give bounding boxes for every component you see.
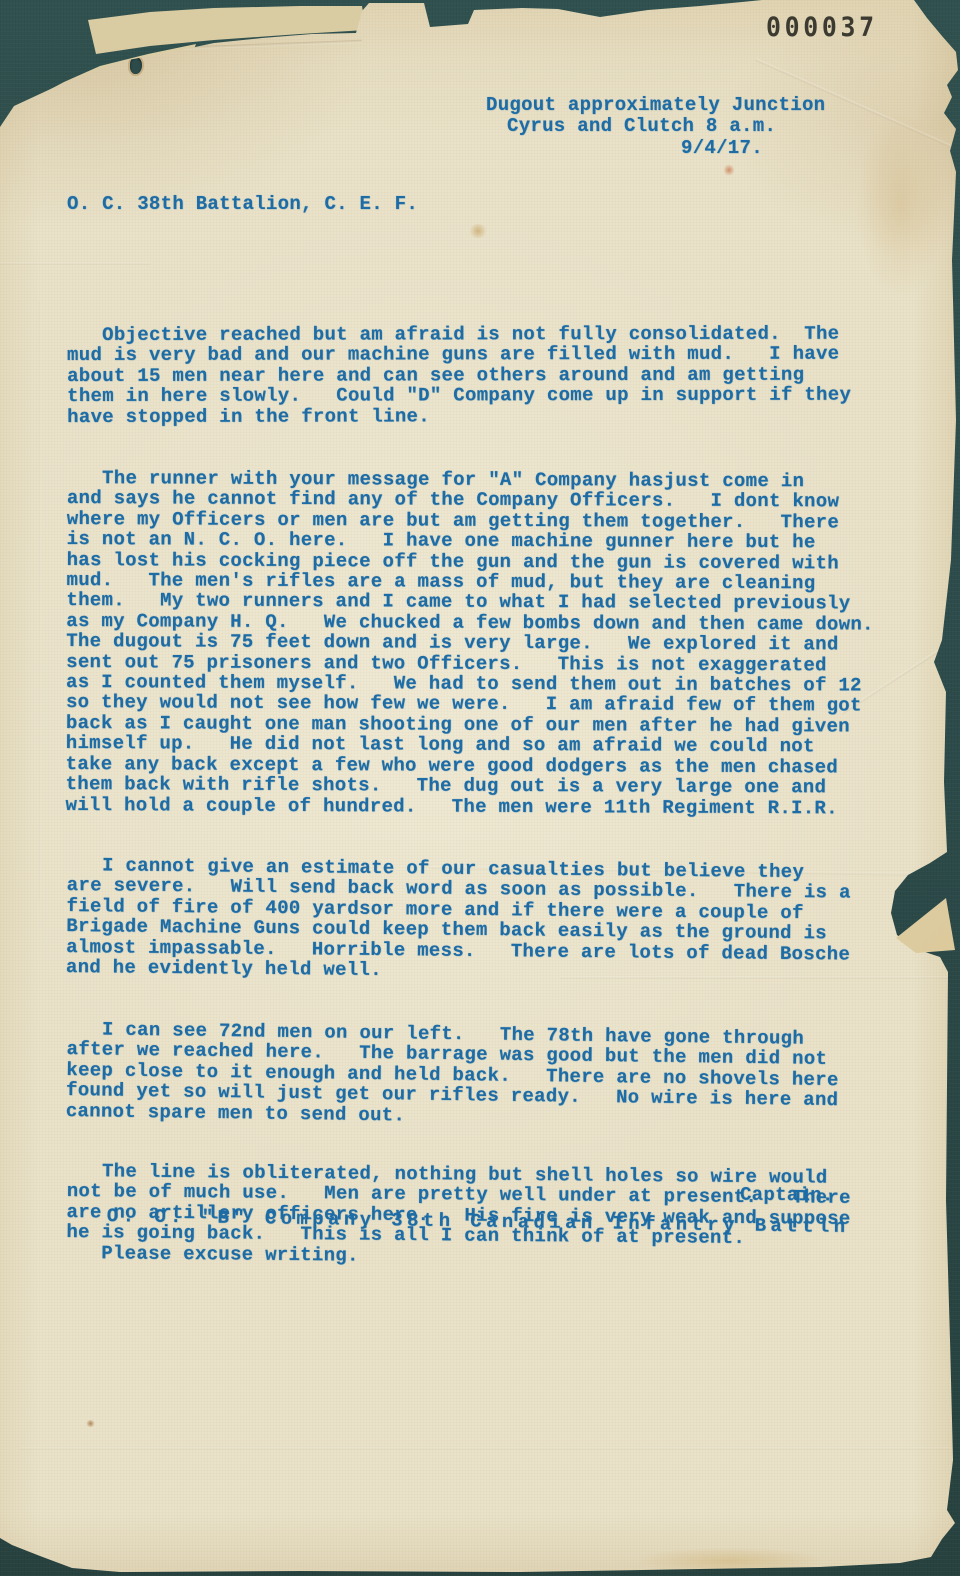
letter-body: Objective reached but am afraid is not f… (67, 284, 947, 1304)
paper-sheet: 000037 Dugout approximately Junction Cyr… (0, 0, 960, 1576)
paper-hole (48, 50, 56, 56)
paragraph: I cannot give an estimate of our casualt… (66, 855, 947, 986)
dateline-line-1: Dugout approximately Junction (486, 95, 825, 115)
stain (86, 1420, 95, 1427)
crease-line (39, 302, 42, 902)
stain (468, 224, 488, 238)
stain (856, 110, 946, 300)
stain (640, 1548, 820, 1574)
paper-hole (130, 57, 142, 74)
closing-rank: Captain. (740, 1185, 834, 1206)
paragraph: The runner with your message for "A" Com… (65, 468, 947, 819)
paragraph: I can see 72nd men on our left. The 78th… (66, 1019, 947, 1133)
paragraph: Objective reached but am afraid is not f… (67, 323, 947, 427)
crease-line (0, 262, 150, 265)
stain (724, 164, 734, 176)
crease-line (20, 1447, 950, 1450)
reference-stamp: 000037 (766, 12, 878, 43)
backdrop: { "document": { "stamp_number": "000037"… (0, 0, 960, 1576)
dateline-line-2: Cyrus and Clutch 8 a.m. (507, 116, 776, 136)
salutation: O. C. 38th Battalion, C. E. F. (67, 194, 418, 214)
dateline-line-3: 9/4/17. (681, 138, 763, 158)
